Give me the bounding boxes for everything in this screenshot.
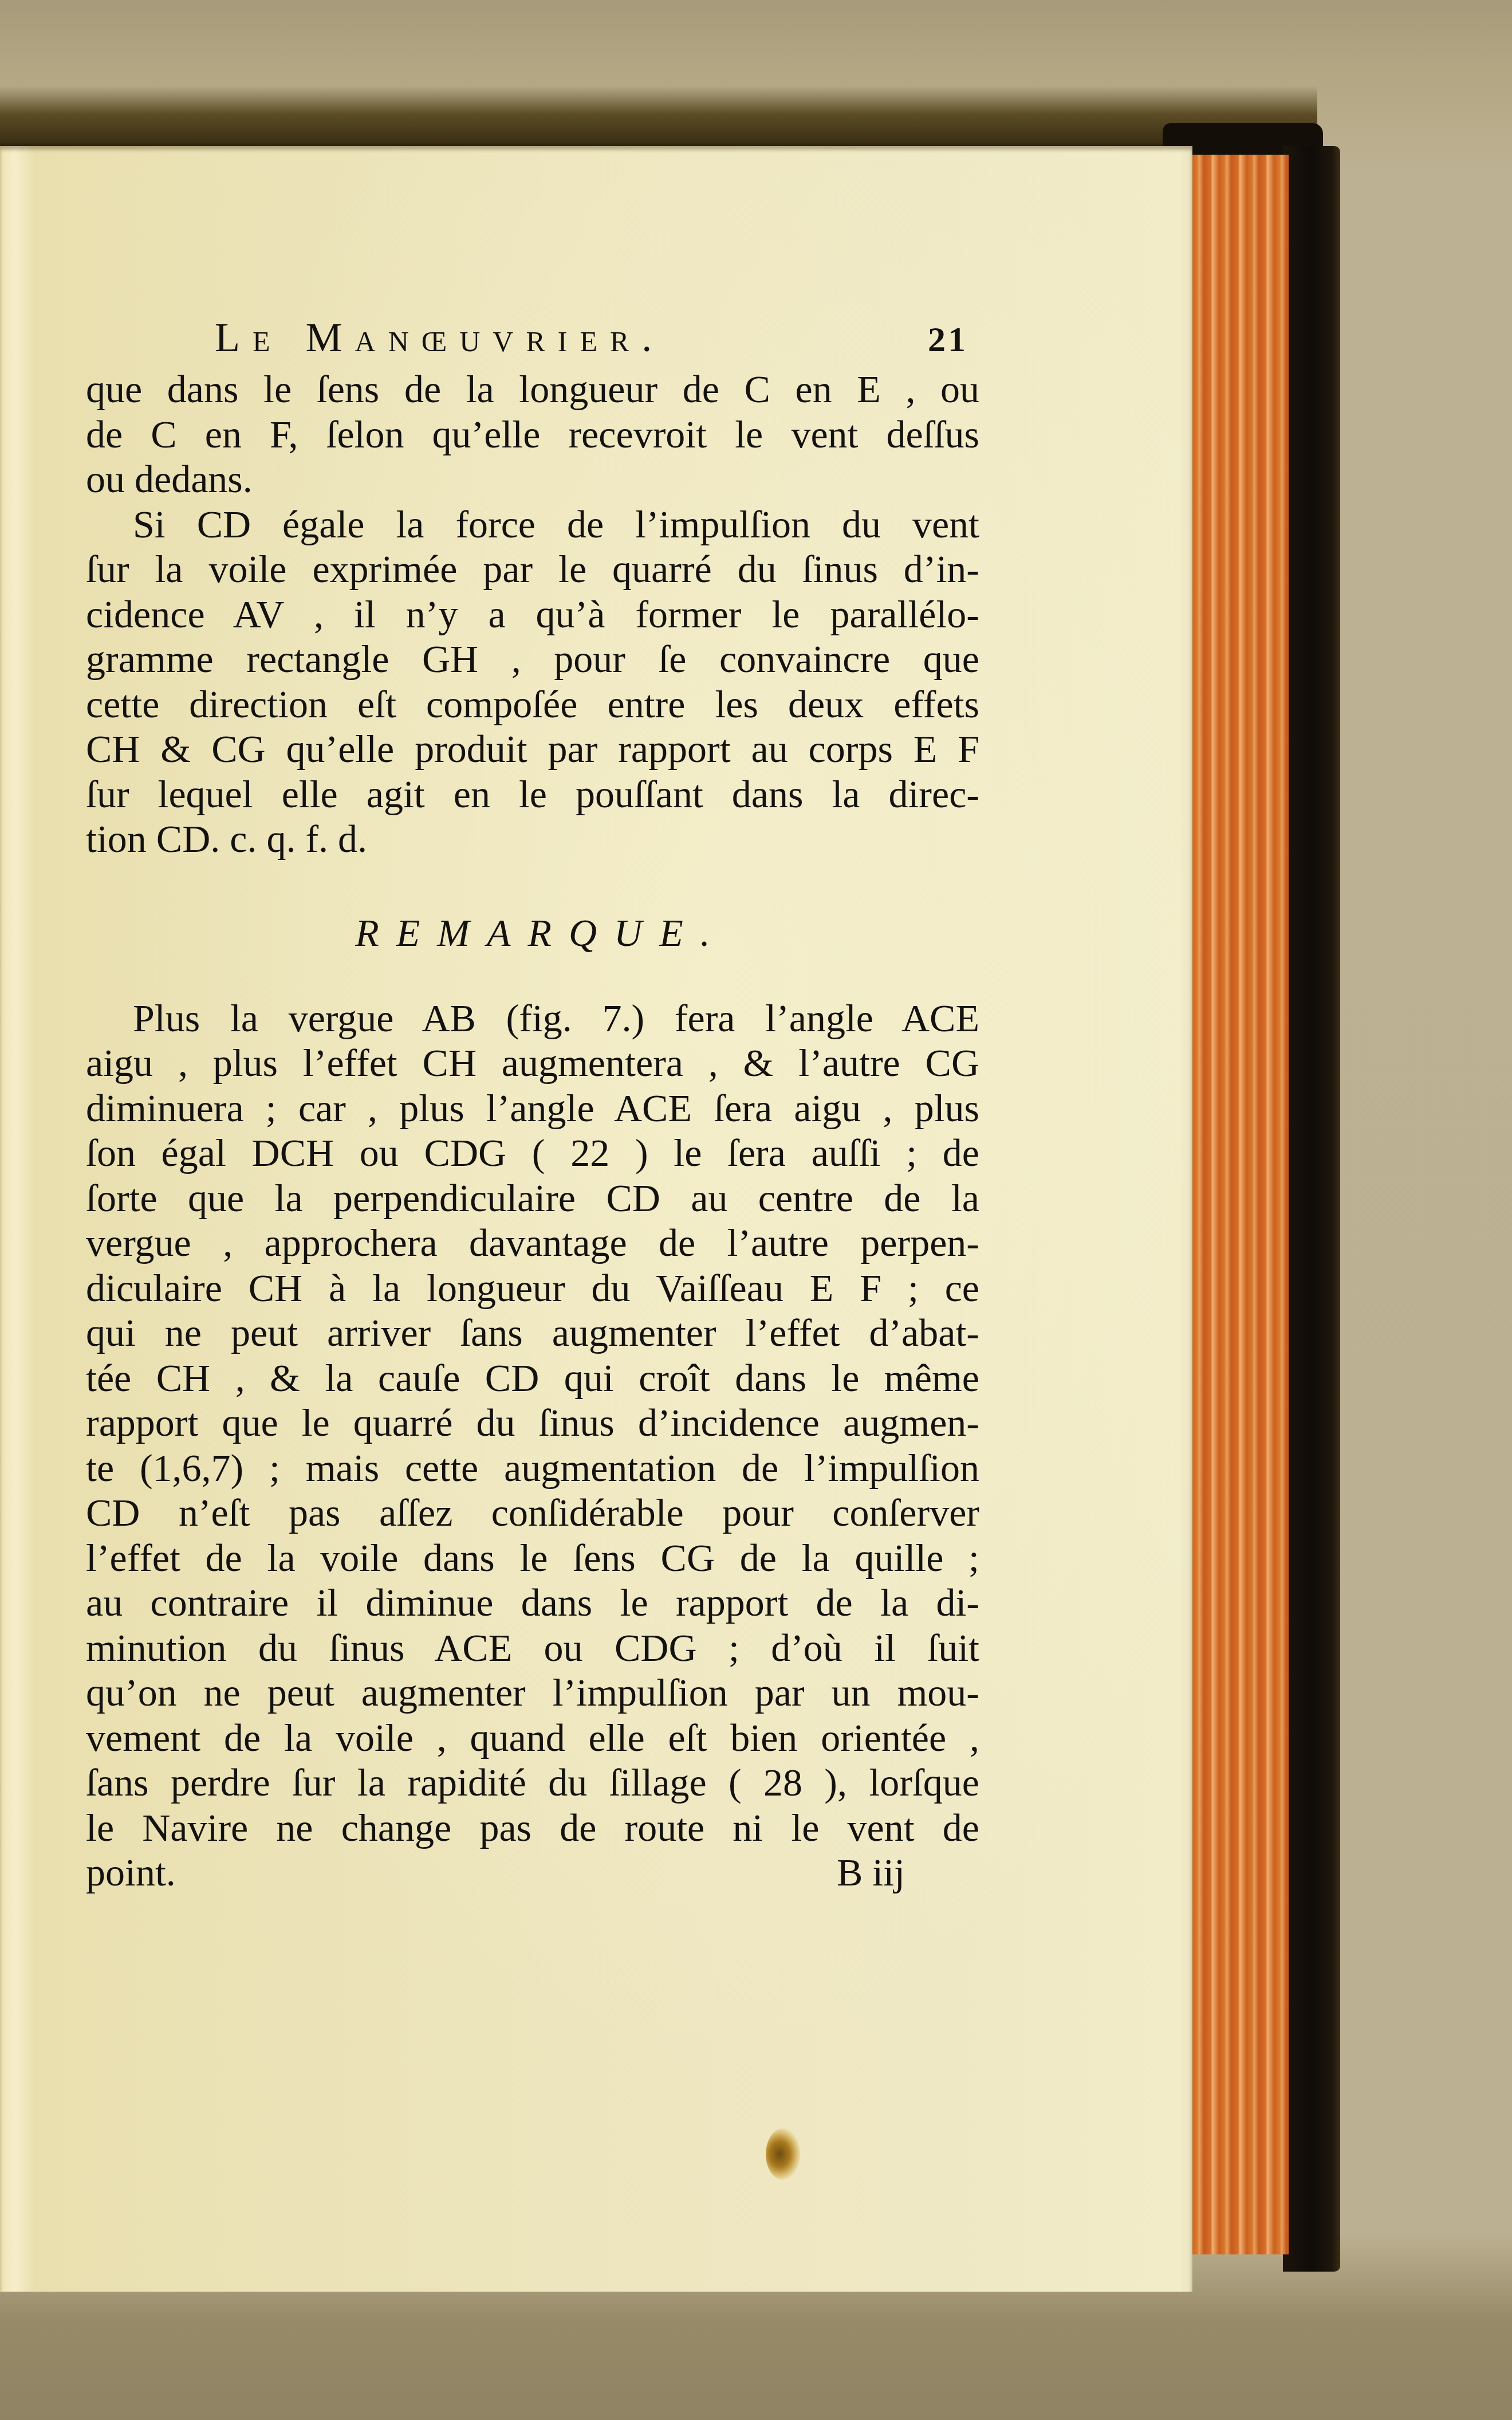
text-line: tée CH , & la cauſe CD qui croît dans le… — [86, 1356, 979, 1401]
text-line: que dans le ſens de la longueur de C en … — [86, 367, 979, 412]
text-line: ſans perdre ſur la rapidité du ſillage (… — [86, 1760, 979, 1805]
text-line: cidence AV , il n’y a qu’à former le par… — [86, 592, 979, 637]
text-line: Si CD égale la force de l’impulſion du v… — [86, 502, 979, 547]
text-line: vement de la voile , quand elle eſt bien… — [86, 1715, 979, 1761]
text-line: Plus la vergue AB (fig. 7.) fera l’angle… — [86, 996, 979, 1041]
text-line: ou dedans. — [86, 457, 979, 502]
signature-mark: B iij — [837, 1850, 905, 1895]
text-line: gramme rectangle GH , pour ſe convaincre… — [86, 637, 979, 682]
text-line: ſur la voile exprimée par le quarré du ſ… — [86, 547, 979, 592]
text-line: rapport que le quarré du ſinus d’inciden… — [86, 1400, 979, 1445]
text-line: ſur lequel elle agit en le pouſſant dans… — [86, 772, 979, 817]
text-line: diminuera ; car , plus l’angle ACE ſera … — [86, 1086, 979, 1131]
text-line: vergue , approchera davantage de l’autre… — [86, 1220, 979, 1266]
text-line: l’effet de la voile dans le ſens CG de l… — [86, 1535, 979, 1581]
text-line: le Navire ne change pas de route ni le v… — [86, 1805, 979, 1851]
text-line: au contraire il diminue dans le rapport … — [86, 1580, 979, 1625]
text-line: diculaire CH à la longueur du Vaiſſeau E… — [86, 1266, 979, 1311]
text-line: te (1,6,7) ; mais cette augmentation de … — [86, 1445, 979, 1491]
running-head-title: Le Manœuvrier. — [215, 314, 664, 362]
page-fore-edge — [1191, 155, 1289, 2254]
text-line: qu’on ne peut augmenter l’impulſion par … — [86, 1670, 979, 1715]
text-line: aigu , plus l’effet CH augmentera , & l’… — [86, 1040, 979, 1086]
background-shadow — [0, 86, 1317, 149]
spacer — [86, 862, 979, 882]
paragraph-2: Si CD égale la force de l’impulſion du v… — [86, 502, 979, 862]
paragraph-1: que dans le ſens de la longueur de C en … — [86, 367, 979, 502]
text-line: minution du ſinus ACE ou CDG ; d’où il ſ… — [86, 1625, 979, 1671]
text-line: qui ne peut arriver ſans augmenter l’eff… — [86, 1310, 979, 1356]
text-line: CD n’eſt pas aſſez conſidérable pour con… — [86, 1490, 979, 1535]
text-line: point. — [86, 1850, 176, 1895]
running-head: Le Manœuvrier. 21 — [86, 314, 979, 367]
text-line: cette direction eſt compoſée entre les d… — [86, 682, 979, 727]
section-heading: REMARQUE. — [86, 882, 979, 983]
text-line: tion CD. c. q. f. d. — [86, 816, 979, 862]
final-line: point. B iij — [86, 1850, 979, 1895]
spacer — [86, 983, 979, 996]
text-line: CH & CG qu’elle produit par rapport au c… — [86, 726, 979, 772]
book-cover-edge — [1283, 146, 1340, 2272]
text-line: ſon égal DCH ou CDG ( 22 ) le ſera auſſi… — [86, 1130, 979, 1176]
foxing-stain — [766, 2128, 800, 2180]
paragraph-3: Plus la vergue AB (fig. 7.) fera l’angle… — [86, 996, 979, 1895]
page-text: Le Manœuvrier. 21 que dans le ſens de la… — [86, 314, 979, 1895]
text-line: de C en F, ſelon qu’elle recevroit le ve… — [86, 412, 979, 457]
text-line: ſorte que la perpendiculaire CD au centr… — [86, 1176, 979, 1221]
page-number: 21 — [928, 320, 968, 360]
